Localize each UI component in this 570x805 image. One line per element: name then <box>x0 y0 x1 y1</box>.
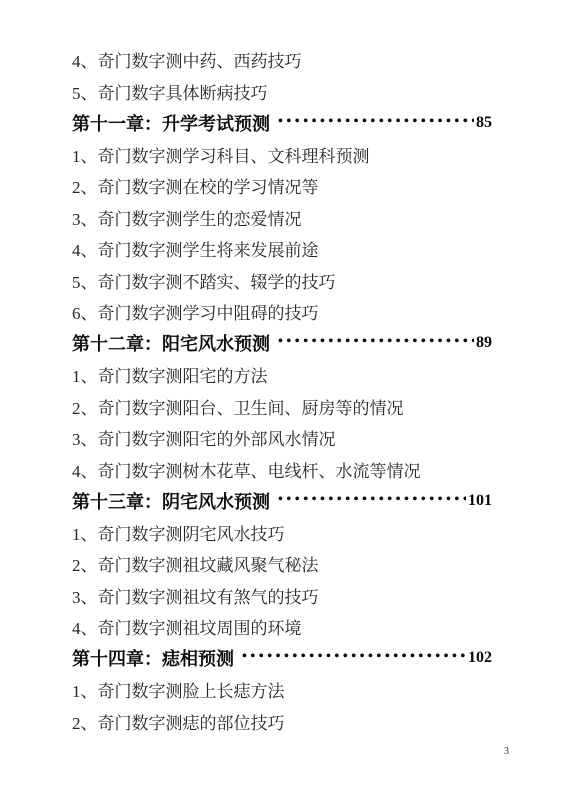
toc-item-text: 2、奇门数字测在校的学习情况等 <box>72 173 319 198</box>
toc-item-row: 5、奇门数字测不踏实、辍学的技巧 <box>72 265 492 297</box>
toc-chapter-title: 第十一章：升学考试预测 <box>72 110 270 136</box>
toc-chapter-page-number: 89 <box>476 334 492 352</box>
toc-item-text: 2、奇门数字测痣的部位技巧 <box>72 709 285 734</box>
toc-item-row: 2、奇门数字测在校的学习情况等 <box>72 170 492 202</box>
toc-item-text: 6、奇门数字测学习中阻碍的技巧 <box>72 299 319 324</box>
toc-chapter-row: 第十三章：阴宅风水预测•••••••••••••••••••••••••••••… <box>72 485 492 517</box>
toc-item-row: 1、奇门数字测学习科目、文科理科预测 <box>72 139 492 171</box>
toc-item-row: 3、奇门数字测祖坟有煞气的技巧 <box>72 580 492 612</box>
toc-chapter-page-number: 101 <box>468 492 492 510</box>
toc-chapter-row: 第十四章：痣相预测•••••••••••••••••••••••••••••••… <box>72 643 492 675</box>
toc-item-text: 1、奇门数字测阳宅的方法 <box>72 362 268 387</box>
document-page: 4、奇门数字测中药、西药技巧5、奇门数字具体断病技巧第十一章：升学考试预测•••… <box>0 0 570 805</box>
toc-chapter-row: 第十一章：升学考试预测•••••••••••••••••••••••••••••… <box>72 107 492 139</box>
toc-item-text: 1、奇门数字测脸上长痣方法 <box>72 677 285 702</box>
toc-item-row: 6、奇门数字测学习中阻碍的技巧 <box>72 296 492 328</box>
toc-item-text: 3、奇门数字测阳宅的外部风水情况 <box>72 425 336 450</box>
dot-leader: ••••••••••••••••••••••••••••••••••••••••… <box>242 649 466 665</box>
toc-item-text: 4、奇门数字测中药、西药技巧 <box>72 47 302 72</box>
toc-item-row: 3、奇门数字测阳宅的外部风水情况 <box>72 422 492 454</box>
toc-item-row: 4、奇门数字测学生将来发展前途 <box>72 233 492 265</box>
toc-chapter-title: 第十三章：阴宅风水预测 <box>72 488 270 514</box>
toc-chapter-page-number: 102 <box>468 649 492 667</box>
toc-item-row: 3、奇门数字测学生的恋爱情况 <box>72 202 492 234</box>
toc-item-text: 5、奇门数字测不踏实、辍学的技巧 <box>72 268 336 293</box>
toc-item-text: 2、奇门数字测阳台、卫生间、厨房等的情况 <box>72 394 404 419</box>
toc-item-text: 4、奇门数字测树木花草、电线杆、水流等情况 <box>72 457 421 482</box>
toc-item-text: 2、奇门数字测祖坟藏风聚气秘法 <box>72 551 319 576</box>
toc-item-row: 4、奇门数字测祖坟周围的环境 <box>72 611 492 643</box>
toc-chapter-title: 第十四章：痣相预测 <box>72 645 234 671</box>
page-number: 3 <box>504 746 509 757</box>
toc-chapter-page-number: 85 <box>476 114 492 132</box>
toc-item-text: 3、奇门数字测祖坟有煞气的技巧 <box>72 583 319 608</box>
toc-item-row: 1、奇门数字测阴宅风水技巧 <box>72 517 492 549</box>
toc-item-row: 1、奇门数字测脸上长痣方法 <box>72 674 492 706</box>
toc-item-row: 2、奇门数字测阳台、卫生间、厨房等的情况 <box>72 391 492 423</box>
toc-item-text: 1、奇门数字测学习科目、文科理科预测 <box>72 142 370 167</box>
toc-item-text: 1、奇门数字测阴宅风水技巧 <box>72 520 285 545</box>
toc-item-row: 2、奇门数字测痣的部位技巧 <box>72 706 492 738</box>
toc-item-text: 4、奇门数字测祖坟周围的环境 <box>72 614 302 639</box>
toc-item-row: 4、奇门数字测中药、西药技巧 <box>72 44 492 76</box>
toc-list: 4、奇门数字测中药、西药技巧5、奇门数字具体断病技巧第十一章：升学考试预测•••… <box>72 44 492 737</box>
dot-leader: ••••••••••••••••••••••••••••••••••••••••… <box>278 334 474 350</box>
dot-leader: ••••••••••••••••••••••••••••••••••••••••… <box>278 114 474 130</box>
toc-chapter-row: 第十二章：阳宅风水预测•••••••••••••••••••••••••••••… <box>72 328 492 360</box>
dot-leader: ••••••••••••••••••••••••••••••••••••••••… <box>278 492 466 508</box>
toc-item-row: 5、奇门数字具体断病技巧 <box>72 76 492 108</box>
toc-item-row: 4、奇门数字测树木花草、电线杆、水流等情况 <box>72 454 492 486</box>
toc-item-text: 4、奇门数字测学生将来发展前途 <box>72 236 319 261</box>
toc-item-text: 5、奇门数字具体断病技巧 <box>72 79 268 104</box>
toc-item-row: 1、奇门数字测阳宅的方法 <box>72 359 492 391</box>
toc-item-text: 3、奇门数字测学生的恋爱情况 <box>72 205 302 230</box>
toc-chapter-title: 第十二章：阳宅风水预测 <box>72 330 270 356</box>
toc-item-row: 2、奇门数字测祖坟藏风聚气秘法 <box>72 548 492 580</box>
